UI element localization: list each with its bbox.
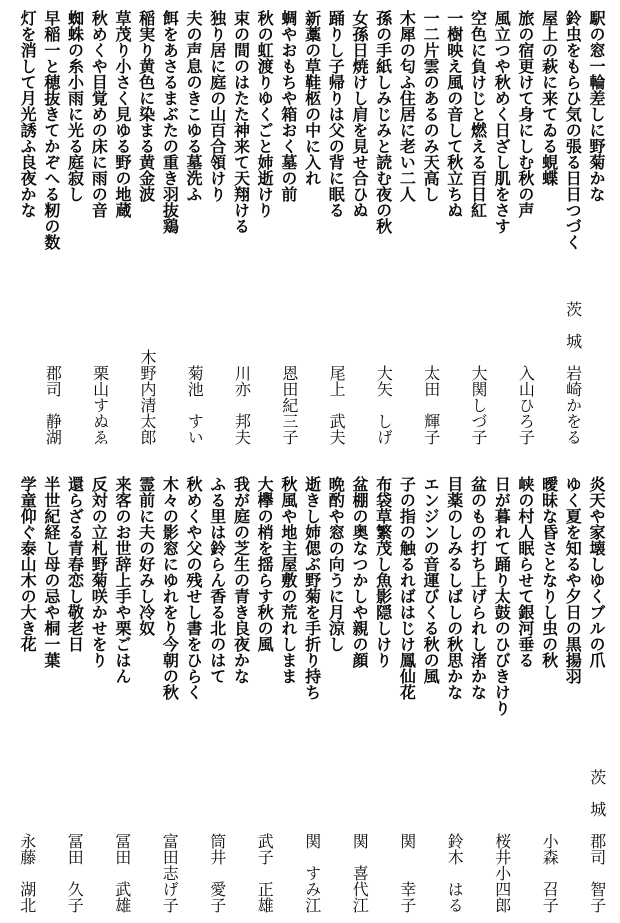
- author-name: 恩田紀三子: [266, 301, 313, 445]
- haiku-line: 夫の声息のきこゆる墓洗ふ: [181, 10, 205, 310]
- author-name: 大関しづ子: [455, 301, 502, 445]
- haiku-list-top: 駅の窓一輪差しに野菊かな 鈴虫をもらひ気の張る日日つづく 屋上の萩に来てゐる蜆蝶…: [15, 10, 608, 310]
- author-entry: 茨城岩崎かをる: [549, 301, 596, 445]
- haiku-line: 独り居に庭の山百合領けり: [205, 10, 229, 310]
- haiku-line: 草茂り小さく見ゆる野の地蔵: [110, 10, 134, 310]
- haiku-line: 空色に負けじと燃える百日紅: [466, 10, 490, 310]
- haiku-line: 新藁の草鞋柩の中に入れ: [300, 10, 324, 310]
- haiku-line: 餌をあさるまぶたの重き羽抜鶏: [158, 10, 182, 310]
- author-name: 太田 輝子: [407, 301, 454, 445]
- author-name: 木野内清太郎: [124, 301, 171, 445]
- author-name: 小森 召子: [526, 769, 574, 913]
- haiku-line: 木々の影窓にゆれをり今朝の秋: [158, 476, 182, 776]
- haiku-line: 旅の宿更けて身にしむ秋の声: [513, 10, 537, 310]
- haiku-line: 半世紀経し母の忌や桐一葉: [39, 476, 63, 776]
- haiku-line: ゆく夏を知るや夕日の黒揚羽: [561, 476, 585, 776]
- author-list-bottom: 茨城郡司 智子 小森 召子 桜井小四郎 鈴木 はる 関 幸子 関 喜代江 関 す…: [3, 769, 620, 913]
- prefecture-label: 茨城: [564, 301, 583, 365]
- haiku-line: 蜩やおもちや箱おく墓の前: [276, 10, 300, 310]
- haiku-line: 霊前に夫の好みし冷奴: [134, 476, 158, 776]
- author-name: 尾上 武夫: [313, 301, 360, 445]
- author-list-top: 茨城岩崎かをる 入山ひろ子 大関しづ子 太田 輝子 大矢 しげ 尾上 武夫 恩田…: [29, 301, 597, 445]
- prefecture-label: 茨城: [588, 769, 607, 833]
- haiku-line: 蜘蛛の糸小雨に光る庭寂し: [63, 10, 87, 310]
- author-name: 川亦 邦夫: [218, 301, 265, 445]
- haiku-line: 逝きし姉偲ぶ野菊を手折り持ち: [300, 476, 324, 776]
- author-name: 関 喜代江: [336, 769, 384, 913]
- author-name: 永藤 湖北: [3, 769, 51, 913]
- haiku-line: 風立つや秋めく日ざし肌をさす: [489, 10, 513, 310]
- haiku-line: 我が庭の芝生の青き良夜かな: [229, 476, 253, 776]
- author-name: 郡司 智子: [588, 833, 607, 913]
- haiku-line: 女孫日焼けし肩を見せ合ひぬ: [347, 10, 371, 310]
- haiku-list-bottom: 炎天や家壊しゆくブルの爪 ゆく夏を知るや夕日の黒揚羽 曖昧な昏さとなりし虫の秋 …: [15, 476, 608, 776]
- author-name: 岩崎かをる: [564, 365, 583, 445]
- haiku-line: 炎天や家壊しゆくブルの爪: [584, 476, 608, 776]
- haiku-line: 盆棚の奥なつかしや親の顔: [347, 476, 371, 776]
- haiku-line: 秋めくや父の残せし書をひらく: [181, 476, 205, 776]
- author-name: 筒井 愛子: [193, 769, 241, 913]
- author-name: 菊池 すい: [171, 301, 218, 445]
- haiku-line: 盆のもの打ち上げられし渚かな: [466, 476, 490, 776]
- haiku-line: 日が暮れて踊り太鼓のひびきけり: [489, 476, 513, 776]
- haiku-line: 束の間のはたた神来て天翔ける: [229, 10, 253, 310]
- haiku-line: ふる里は鈴らん香る北のはて: [205, 476, 229, 776]
- author-name: 関 すみ江: [288, 769, 336, 913]
- haiku-line: 布袋草繁茂し魚影隠しけり: [371, 476, 395, 776]
- haiku-line: エンジンの音運びくる秋の風: [418, 476, 442, 776]
- haiku-line: 稲実り黄色に染まる黄金波: [134, 10, 158, 310]
- haiku-line: 駅の窓一輪差しに野菊かな: [584, 10, 608, 310]
- haiku-line: 早稲一と穂抜きてかぞへる籾の数: [39, 10, 63, 310]
- haiku-line: 反対の立札野菊咲かせをり: [87, 476, 111, 776]
- haiku-line: 来客のお世辞上手や栗ごはん: [110, 476, 134, 776]
- haiku-line: 大欅の梢を揺らす秋の風: [252, 476, 276, 776]
- haiku-line: 子の指の触るればはじけ鳳仙花: [395, 476, 419, 776]
- haiku-line: 峡の村人眠らせて銀河垂る: [513, 476, 537, 776]
- author-name: 大矢 しげ: [360, 301, 407, 445]
- haiku-line: 目薬のしみるしばしの秋思かな: [442, 476, 466, 776]
- haiku-line: 秋めくや目覚めの床に雨の音: [87, 10, 111, 310]
- haiku-line: 曖昧な昏さとなりし虫の秋: [537, 476, 561, 776]
- author-name: 郡司 静湖: [29, 301, 76, 445]
- author-entry: 茨城郡司 智子: [573, 769, 620, 913]
- author-name: 関 幸子: [383, 769, 431, 913]
- haiku-line: 一二片雲のあるのみ天高し: [418, 10, 442, 310]
- author-name: 冨田 武雄: [98, 769, 146, 913]
- author-name: 富田志げ子: [146, 769, 194, 913]
- author-name: 栗山すぬゑ: [76, 301, 123, 445]
- haiku-line: 屋上の萩に来てゐる蜆蝶: [537, 10, 561, 310]
- haiku-line: 還らざる青春恋し敬老日: [63, 476, 87, 776]
- haiku-line: 秋の虹渡りゆくごと姉逝けり: [252, 10, 276, 310]
- author-name: 冨田 久子: [51, 769, 99, 913]
- author-name: 武子 正雄: [241, 769, 289, 913]
- haiku-line: 一樹映え風の音して秋立ちぬ: [442, 10, 466, 310]
- author-name: 入山ひろ子: [502, 301, 549, 445]
- author-name: 鈴木 はる: [431, 769, 479, 913]
- haiku-line: 孫の手紙しみじみと読む夜の秋: [371, 10, 395, 310]
- haiku-line: 鈴虫をもらひ気の張る日日つづく: [561, 10, 585, 310]
- haiku-line: 学童仰ぐ泰山木の大き花: [15, 476, 39, 776]
- author-name: 桜井小四郎: [478, 769, 526, 913]
- haiku-line: 木犀の匂ふ住居に老い二人: [395, 10, 419, 310]
- haiku-line: 晩酌や窓の向うに月涼し: [324, 476, 348, 776]
- haiku-line: 灯を消して月光誘ふ良夜かな: [15, 10, 39, 310]
- haiku-line: 踊りし子帰りは父の背に眠る: [324, 10, 348, 310]
- haiku-line: 秋風や地主屋敷の荒れしまま: [276, 476, 300, 776]
